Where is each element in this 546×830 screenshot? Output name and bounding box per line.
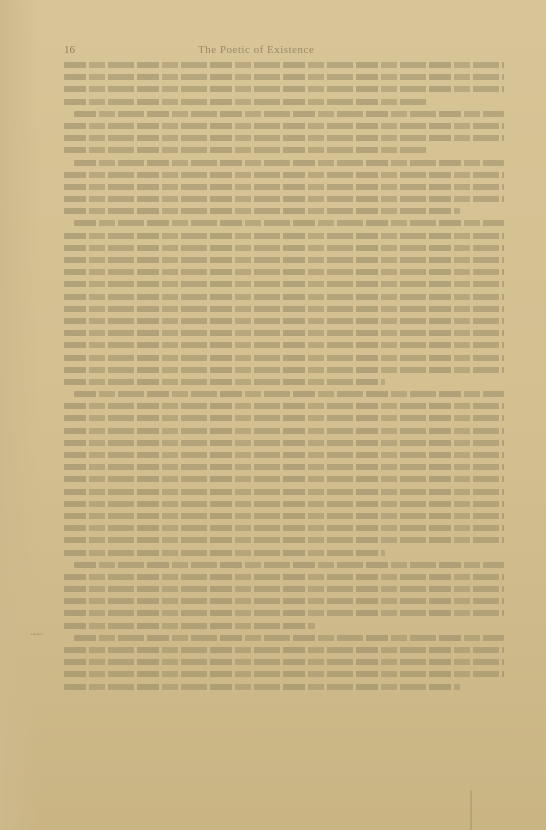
text-line: [64, 330, 504, 336]
text-line: [64, 684, 460, 690]
text-line: [74, 111, 504, 117]
text-line: [64, 318, 504, 324]
running-head: The Poetic of Existence: [198, 44, 314, 56]
page-crease: [470, 790, 472, 830]
text-line: [64, 574, 504, 580]
paragraph: [64, 160, 504, 215]
text-line: [64, 99, 429, 105]
page-header: 16 The Poetic of Existence: [64, 44, 504, 58]
text-line: [64, 379, 385, 385]
text-line: [64, 452, 504, 458]
paragraph: [64, 220, 504, 384]
text-line: [64, 123, 504, 129]
paragraph: [64, 635, 504, 690]
text-line: [64, 464, 504, 470]
paragraph: [64, 62, 504, 105]
text-line: [64, 62, 504, 68]
text-line: [64, 184, 504, 190]
text-line: [64, 196, 504, 202]
text-line: [64, 147, 429, 153]
body-text: [64, 62, 504, 696]
text-line: [74, 391, 504, 397]
text-line: [64, 501, 504, 507]
paragraph: [64, 111, 504, 154]
text-line: [64, 342, 504, 348]
text-line: [64, 586, 504, 592]
book-page: 16 The Poetic of Existence ·~~·: [0, 0, 546, 830]
margin-note: ·~~·: [30, 630, 44, 639]
text-line: [64, 86, 504, 92]
text-line: [64, 647, 504, 653]
text-line: [64, 415, 504, 421]
page-edge-shadow: [0, 0, 40, 830]
text-line: [64, 550, 385, 556]
text-line: [64, 525, 504, 531]
text-line: [64, 233, 504, 239]
text-line: [64, 294, 504, 300]
text-line: [64, 403, 504, 409]
text-line: [74, 160, 504, 166]
text-line: [64, 257, 504, 263]
text-line: [64, 598, 504, 604]
page-number: 16: [64, 44, 75, 56]
text-line: [64, 659, 504, 665]
text-line: [64, 172, 504, 178]
text-line: [64, 671, 504, 677]
text-line: [74, 562, 504, 568]
text-line: [64, 208, 460, 214]
paragraph: [64, 391, 504, 555]
text-line: [64, 355, 504, 361]
text-line: [64, 476, 504, 482]
text-line: [64, 489, 504, 495]
paragraph: [64, 562, 504, 629]
text-line: [64, 537, 504, 543]
text-line: [64, 306, 504, 312]
text-line: [64, 74, 504, 80]
text-line: [64, 623, 315, 629]
text-line: [64, 513, 504, 519]
text-line: [64, 428, 504, 434]
text-line: [64, 610, 504, 616]
text-line: [64, 440, 504, 446]
text-line: [74, 220, 504, 226]
text-line: [64, 281, 504, 287]
text-line: [64, 269, 504, 275]
text-line: [64, 367, 504, 373]
text-line: [64, 245, 504, 251]
text-line: [74, 635, 504, 641]
text-line: [64, 135, 504, 141]
